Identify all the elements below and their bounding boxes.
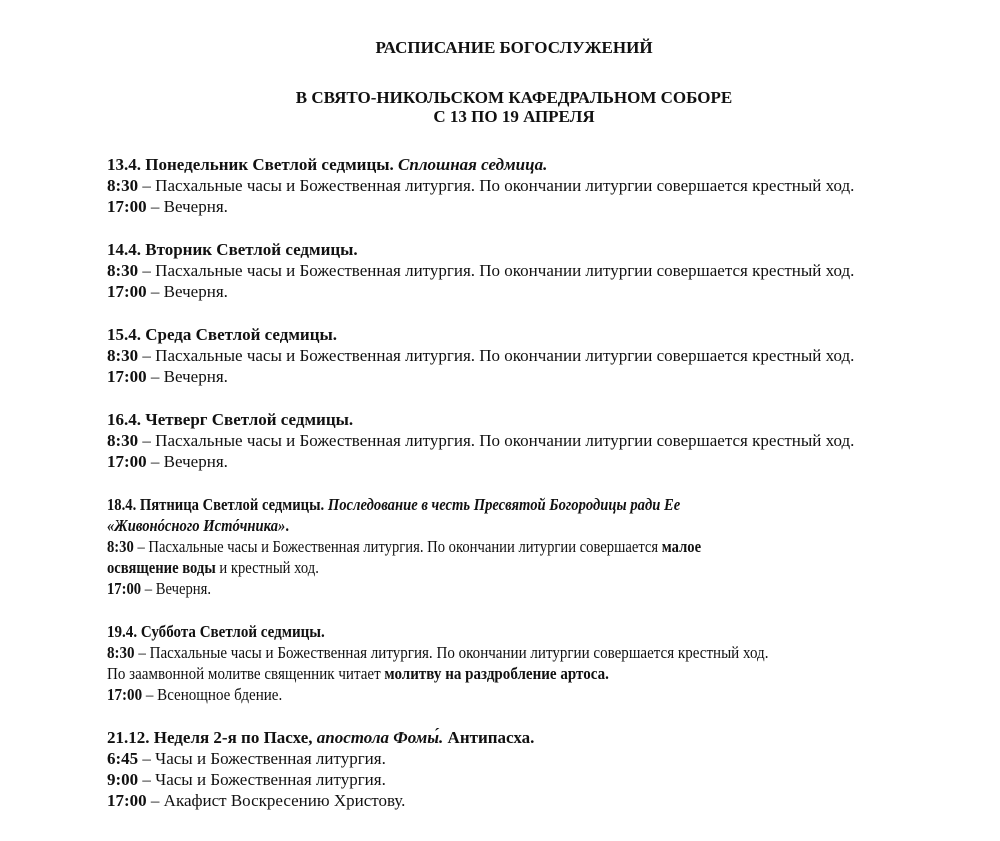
day-heading-date: 16.4. Четверг Светлой седмицы. [107, 410, 353, 429]
service-description: – Пасхальные часы и Божественная литурги… [138, 176, 854, 195]
service-description: – Пасхальные часы и Божественная литурги… [135, 643, 769, 662]
day-heading-note: апостола Фомы́. [317, 728, 444, 747]
day-section-thursday: 16.4. Четверг Светлой седмицы. 8:30 – Па… [107, 409, 937, 472]
service-time: 17:00 [107, 685, 142, 704]
day-heading: 13.4. Понедельник Светлой седмицы. Сплош… [107, 154, 937, 175]
service-description: – Пасхальные часы и Божественная литурги… [138, 346, 854, 365]
service-emphasis: малое [662, 537, 701, 556]
day-section-monday: 13.4. Понедельник Светлой седмицы. Сплош… [107, 154, 937, 217]
day-heading-feast: Антипасха. [448, 728, 535, 747]
service-time: 17:00 [107, 367, 147, 386]
service-entry: 17:00 – Вечерня. [107, 451, 937, 472]
service-entry: 17:00 – Всенощное бдение. [107, 684, 937, 705]
service-description: – Вечерня. [147, 367, 228, 386]
service-time: 6:45 [107, 749, 138, 768]
day-section-wednesday: 15.4. Среда Светлой седмицы. 8:30 – Пасх… [107, 324, 937, 387]
service-entry-continued: освящение воды и крестный ход. [107, 557, 937, 578]
day-section-sunday: 21.12. Неделя 2-я по Пасхе, апостола Фом… [107, 727, 937, 811]
service-description: – Акафист Воскресению Христову. [147, 791, 406, 810]
day-heading-end: . [285, 516, 289, 535]
service-entry: 8:30 – Пасхальные часы и Божественная ли… [107, 175, 937, 196]
day-heading: 19.4. Суббота Светлой седмицы. [107, 621, 937, 642]
service-entry: 8:30 – Пасхальные часы и Божественная ли… [107, 430, 937, 451]
service-description: – Вечерня. [147, 452, 228, 471]
day-heading: 15.4. Среда Светлой седмицы. [107, 324, 937, 345]
service-time: 9:00 [107, 770, 138, 789]
day-heading-note: Последование в честь Пресвятой Богородиц… [328, 495, 680, 514]
service-entry: 6:45 – Часы и Божественная литургия. [107, 748, 937, 769]
day-heading: 21.12. Неделя 2-я по Пасхе, апостола Фом… [107, 727, 937, 748]
service-time: 17:00 [107, 579, 141, 598]
service-time: 8:30 [107, 537, 134, 556]
service-entry: 17:00 – Вечерня. [107, 578, 937, 599]
service-description: – Пасхальные часы и Божественная литурги… [138, 261, 854, 280]
day-heading-date: 13.4. Понедельник Светлой седмицы. [107, 155, 394, 174]
day-heading-continued: «Живонóсного Истóчника». [107, 515, 937, 536]
service-time: 17:00 [107, 282, 147, 301]
service-entry: 17:00 – Вечерня. [107, 366, 937, 387]
day-section-friday: 18.4. Пятница Светлой седмицы. Последова… [107, 494, 937, 599]
service-emphasis: молитву на раздробление артоса. [384, 664, 608, 683]
service-entry: 8:30 – Пасхальные часы и Божественная ли… [107, 642, 937, 663]
service-description: – Пасхальные часы и Божественная литурги… [134, 537, 662, 556]
day-heading-date: 19.4. Суббота Светлой седмицы. [107, 622, 325, 641]
service-entry-continued: По заамвонной молитве священник читает м… [107, 663, 937, 684]
service-description: По заамвонной молитве священник читает [107, 664, 384, 683]
service-description: – Вечерня. [141, 579, 211, 598]
service-description: и крестный ход. [216, 558, 319, 577]
day-heading-date: 18.4. Пятница Светлой седмицы. [107, 495, 324, 514]
service-entry: 8:30 – Пасхальные часы и Божественная ли… [107, 536, 937, 557]
service-time: 17:00 [107, 197, 147, 216]
service-entry: 8:30 – Пасхальные часы и Божественная ли… [107, 345, 937, 366]
service-time: 8:30 [107, 176, 138, 195]
service-emphasis: освящение воды [107, 558, 216, 577]
service-entry: 17:00 – Акафист Воскресению Христову. [107, 790, 937, 811]
day-section-tuesday: 14.4. Вторник Светлой седмицы. 8:30 – Па… [107, 239, 937, 302]
service-time: 8:30 [107, 643, 135, 662]
service-time: 17:00 [107, 791, 147, 810]
service-description: – Часы и Божественная литургия. [138, 770, 386, 789]
service-entry: 17:00 – Вечерня. [107, 196, 937, 217]
service-description: – Вечерня. [147, 282, 228, 301]
day-heading-date: 14.4. Вторник Светлой седмицы. [107, 240, 358, 259]
day-section-saturday: 19.4. Суббота Светлой седмицы. 8:30 – Па… [107, 621, 937, 705]
service-entry: 9:00 – Часы и Божественная литургия. [107, 769, 937, 790]
document-title: РАСПИСАНИЕ БОГОСЛУЖЕНИЙ [14, 38, 1000, 58]
document-subtitle-dates: С 13 ПО 19 АПРЕЛЯ [14, 107, 1000, 127]
day-heading-feast-name: «Живонóсного Истóчника» [107, 516, 285, 535]
service-description: – Всенощное бдение. [142, 685, 282, 704]
service-description: – Часы и Божественная литургия. [138, 749, 386, 768]
day-heading-note: Сплошная седмица. [398, 155, 547, 174]
service-time: 8:30 [107, 431, 138, 450]
day-heading-date: 21.12. Неделя 2-я по Пасхе, [107, 728, 313, 747]
day-heading-date: 15.4. Среда Светлой седмицы. [107, 325, 337, 344]
service-description: – Пасхальные часы и Божественная литурги… [138, 431, 854, 450]
day-heading: 16.4. Четверг Светлой седмицы. [107, 409, 937, 430]
service-time: 17:00 [107, 452, 147, 471]
service-entry: 8:30 – Пасхальные часы и Божественная ли… [107, 260, 937, 281]
service-entry: 17:00 – Вечерня. [107, 281, 937, 302]
service-description: – Вечерня. [147, 197, 228, 216]
document-subtitle-cathedral: В СВЯТО-НИКОЛЬСКОМ КАФЕДРАЛЬНОМ СОБОРЕ [14, 88, 1000, 108]
service-time: 8:30 [107, 261, 138, 280]
schedule-document: РАСПИСАНИЕ БОГОСЛУЖЕНИЙ В СВЯТО-НИКОЛЬСК… [0, 0, 1000, 841]
service-time: 8:30 [107, 346, 138, 365]
day-heading: 18.4. Пятница Светлой седмицы. Последова… [107, 494, 937, 515]
day-heading: 14.4. Вторник Светлой седмицы. [107, 239, 937, 260]
